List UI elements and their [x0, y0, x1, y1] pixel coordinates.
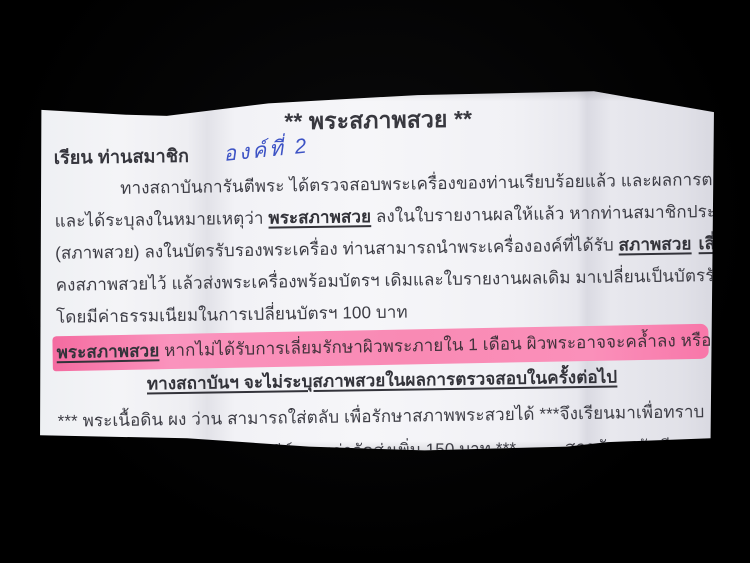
body-line-3-bold1: สภาพสวย	[618, 234, 691, 254]
salutation-text: เรียน ท่านสมาชิก	[54, 146, 190, 168]
letter-paper: ** พระสภาพสวย ** เรียน ท่านสมาชิก องค์ที…	[38, 86, 716, 464]
body-line-2-post: ลงในใบรายงานผลให้แล้ว หากท่านสมาชิกประสง…	[371, 199, 750, 226]
body-line-2-bold: พระสภาพสวย	[268, 207, 371, 228]
body-line-3-pre: (สภาพสวย) ลงในบัตรรับรองพระเครื่อง ท่านส…	[55, 235, 619, 262]
highlight-rest-text: หากไม่ได้รับการเลี่ยมรักษาผิวพระภายใน 1 …	[159, 327, 750, 360]
letter-footer: *** พระเนื้อดิน ผง ว่าน สามารถใส่ตลับ เพ…	[57, 395, 708, 473]
photo-background: ** พระสภาพสวย ** เรียน ท่านสมาชิก องค์ที…	[0, 0, 750, 563]
body-line-2-pre: และได้ระบุลงในหมายเหตุว่า	[55, 209, 269, 231]
body-line-3-bold2: เลี่ยมพลาสติก	[698, 233, 750, 254]
footnote-2: *** หากให้จัดส่งคืนทางไปรษณีย์ แนบค่าจัด…	[58, 431, 560, 472]
closing-block: จึงเรียนมาเพื่อทราบ สถาบันการันตีพระ	[559, 395, 719, 465]
signature-text: สถาบันการันตีพระ	[560, 429, 705, 465]
highlight-bold-text: พระสภาพสวย	[56, 341, 159, 362]
letter-content: ** พระสภาพสวย ** เรียน ท่านสมาชิก องค์ที…	[53, 101, 708, 473]
footnotes-block: *** พระเนื้อดิน ผง ว่าน สามารถใส่ตลับ เพ…	[57, 397, 560, 472]
closing-text: จึงเรียนมาเพื่อทราบ	[559, 395, 704, 431]
